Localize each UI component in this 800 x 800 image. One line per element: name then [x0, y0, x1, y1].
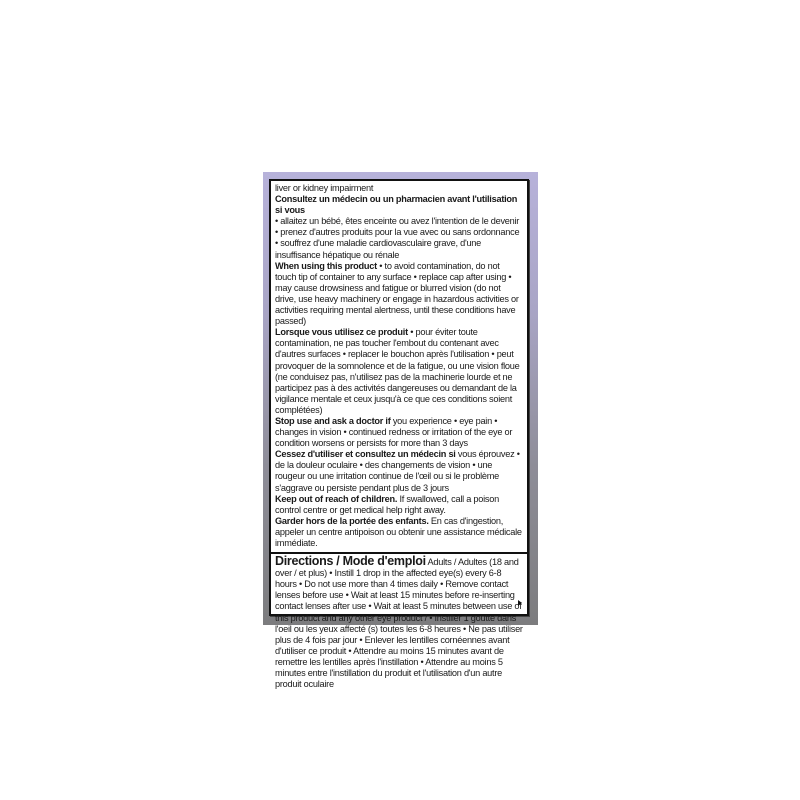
stop-use-fr: Cessez d'utiliser et consultez un médeci… [275, 449, 523, 493]
when-using-fr: Lorsque vous utilisez ce produit • pour … [275, 327, 523, 416]
stop-use-en-heading: Stop use and ask a doctor if [275, 416, 391, 426]
continued-line: liver or kidney impairment [275, 183, 523, 194]
continue-arrow-icon [518, 600, 522, 606]
keep-out-fr-heading: Garder hors de la portée des enfants. [275, 516, 429, 526]
ask-doctor-fr-heading: Consultez un médecin ou un pharmacien av… [275, 194, 517, 215]
directions-body: Adults / Adultes (18 and over / et plus)… [275, 557, 523, 689]
stop-use-fr-heading: Cessez d'utiliser et consultez un médeci… [275, 449, 456, 459]
when-using-fr-body: • pour éviter toute contamination, ne pa… [275, 327, 520, 415]
ask-doctor-fr: Consultez un médecin ou un pharmacien av… [275, 194, 523, 261]
keep-out-fr: Garder hors de la portée des enfants. En… [275, 516, 523, 549]
directions-text: Directions / Mode d'emploi Adults / Adul… [275, 556, 523, 690]
when-using-en-heading: When using this product [275, 261, 377, 271]
stop-use-en: Stop use and ask a doctor if you experie… [275, 416, 523, 449]
keep-out-en: Keep out of reach of children. If swallo… [275, 494, 523, 516]
when-using-en: When using this product • to avoid conta… [275, 261, 523, 328]
ask-doctor-fr-body: • allaitez un bébé, êtes enceinte ou ave… [275, 216, 519, 259]
when-using-fr-heading: Lorsque vous utilisez ce produit [275, 327, 408, 337]
warnings-section: liver or kidney impairment Consultez un … [271, 181, 527, 549]
directions-section: Directions / Mode d'emploi Adults / Adul… [271, 554, 527, 690]
directions-heading: Directions / Mode d'emploi [275, 554, 426, 568]
keep-out-en-heading: Keep out of reach of children. [275, 494, 397, 504]
drug-facts-label: liver or kidney impairment Consultez un … [269, 179, 529, 616]
